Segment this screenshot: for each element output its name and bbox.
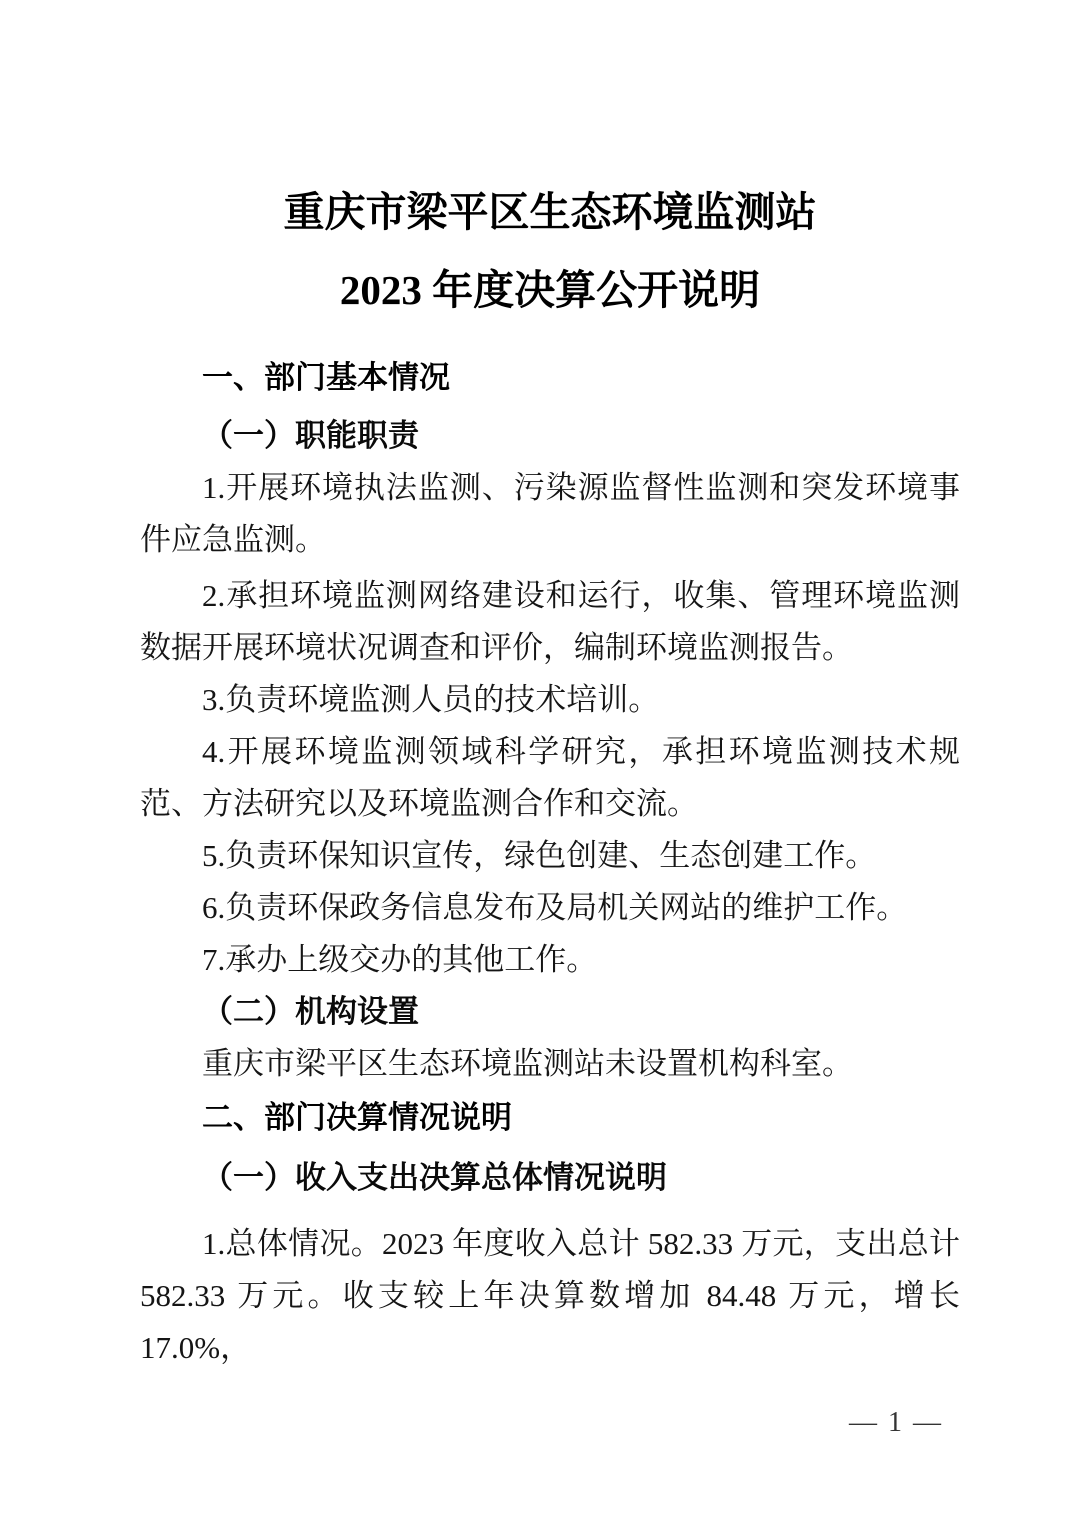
- paragraph-duty-6: 6.负责环保政务信息发布及局机关网站的维护工作。: [140, 882, 960, 934]
- paragraph-organization: 重庆市梁平区生态环境监测站未设置机构科室。: [140, 1038, 960, 1090]
- document-title-line2: 2023 年度决算公开说明: [140, 270, 960, 311]
- page-number: — 1 —: [849, 1406, 943, 1440]
- paragraph-duty-4: 4.开展环境监测领域科学研究，承担环境监测技术规范、方法研究以及环境监测合作和交…: [140, 726, 960, 830]
- document-content: 重庆市梁平区生态环境监测站 2023 年度决算公开说明 一、部门基本情况 （一）…: [140, 192, 960, 1374]
- paragraph-duty-1: 1.开展环境执法监测、污染源监督性监测和突发环境事件应急监测。: [140, 462, 960, 566]
- paragraph-duty-2: 2.承担环境监测网络建设和运行，收集、管理环境监测数据开展环境状况调查和评价，编…: [140, 570, 960, 674]
- subsection-heading-duties: （一）职能职责: [140, 410, 960, 462]
- section-heading-department-basic-info: 一、部门基本情况: [140, 352, 960, 404]
- section-heading-final-accounts: 二、部门决算情况说明: [140, 1092, 960, 1144]
- document-title-line1: 重庆市梁平区生态环境监测站: [140, 192, 960, 233]
- paragraph-duty-7: 7.承办上级交办的其他工作。: [140, 934, 960, 986]
- paragraph-overall-situation: 1.总体情况。2023 年度收入总计 582.33 万元，支出总计 582.33…: [140, 1218, 960, 1374]
- document-page: 重庆市梁平区生态环境监测站 2023 年度决算公开说明 一、部门基本情况 （一）…: [0, 0, 1075, 1520]
- paragraph-duty-3: 3.负责环境监测人员的技术培训。: [140, 674, 960, 726]
- subsection-heading-organization: （二）机构设置: [140, 986, 960, 1038]
- paragraph-duty-5: 5.负责环保知识宣传，绿色创建、生态创建工作。: [140, 830, 960, 882]
- subsection-heading-income-expenditure-overview: （一）收入支出决算总体情况说明: [140, 1152, 960, 1204]
